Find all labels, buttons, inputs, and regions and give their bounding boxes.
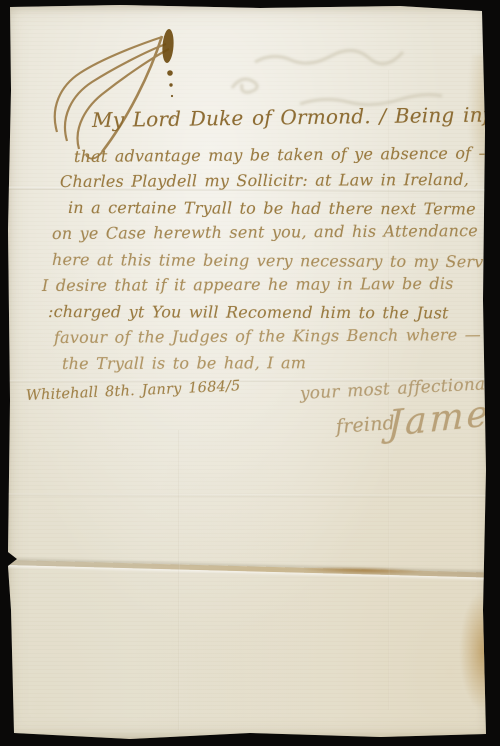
letter-line: on ye Case herewth sent you, and his Att… <box>52 221 500 243</box>
document-photo: My Lord Duke of Ormond. / Being informed… <box>0 0 500 746</box>
signature-james: James <box>387 391 500 445</box>
letter-line: that advantage may be taken of ye absenc… <box>74 143 495 166</box>
letter-line: in a certaine Tryall to be had there nex… <box>68 198 476 218</box>
letter-line: Charles Playdell my Sollicitr: at Law in… <box>60 170 469 191</box>
letter-line: :charged yt You will Recomend him to the… <box>48 302 449 322</box>
letter-line: I desire that if it appeare he may in La… <box>42 274 454 295</box>
closing-freind: freind <box>335 412 395 438</box>
letter-line: here at this time being very necessary t… <box>52 250 500 271</box>
manuscript-text: My Lord Duke of Ormond. / Being informed… <box>0 0 500 746</box>
letter-line: favour of the Judges of the Kings Bench … <box>54 325 481 347</box>
dateline: Whitehall 8th. Janry 1684/5 <box>26 378 241 404</box>
letter-line: My Lord Duke of Ormond. / Being informed <box>92 102 500 132</box>
letter-paper: My Lord Duke of Ormond. / Being informed… <box>0 0 500 746</box>
letter-line: the Tryall is to be had, I am <box>62 353 306 373</box>
